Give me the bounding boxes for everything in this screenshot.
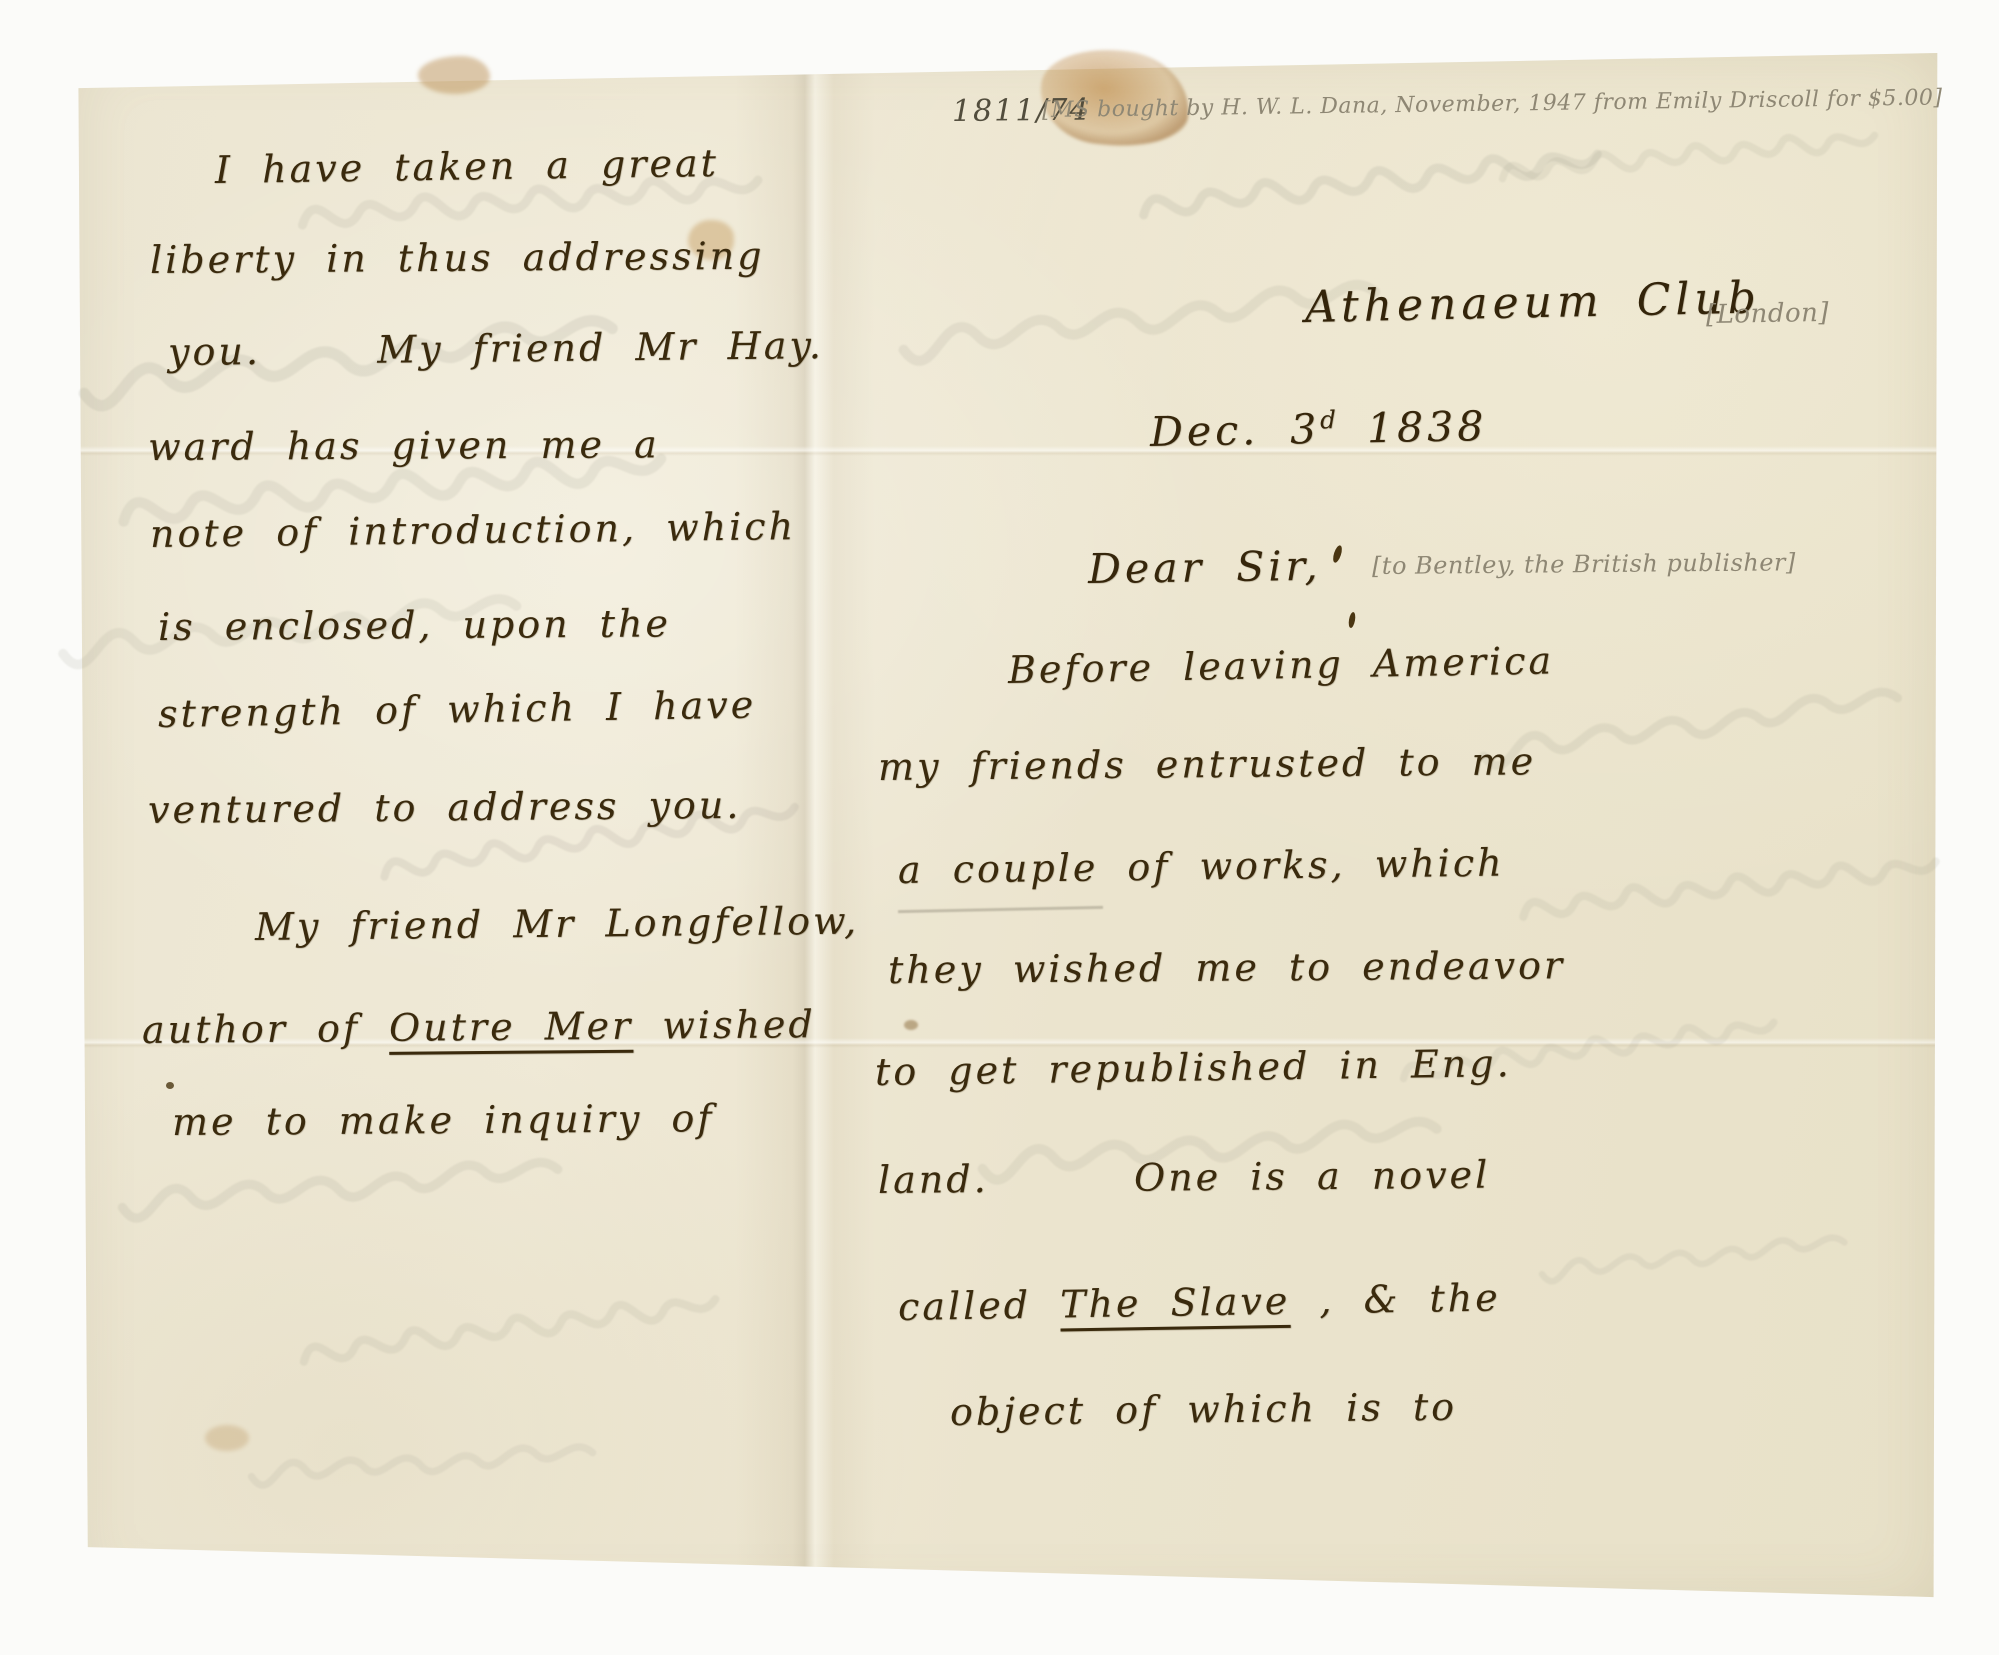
- line-text: I have taken a great: [215, 141, 719, 192]
- letter-line: liberty in thus addressing: [150, 234, 765, 282]
- line-text: Athenaeum Club: [1304, 272, 1761, 333]
- line-text: you. My friend Mr Hay.: [168, 323, 824, 374]
- line-text: note of introduction, which: [150, 504, 797, 556]
- line-text: My friend Mr Longfellow,: [255, 899, 860, 949]
- line-text: ventured to address you.: [148, 783, 742, 832]
- ink-speck: [166, 1082, 174, 1089]
- letter-line: is enclosed, upon the: [158, 601, 671, 649]
- line-text: called: [898, 1282, 1061, 1329]
- letter-line: strength of which I have: [158, 683, 757, 736]
- line-text: , & the: [1290, 1276, 1501, 1323]
- salutation: Dear Sir,: [1088, 542, 1322, 593]
- letter-line: ward has given me a: [148, 422, 660, 469]
- letterhead-place-annotation: [London]: [1706, 298, 1830, 330]
- letter-line: ventured to address you.: [148, 783, 742, 832]
- line-text: ward has given me a: [148, 422, 660, 469]
- line-text: is enclosed, upon the: [158, 601, 671, 649]
- letter-line: they wished me to endeavor: [888, 943, 1565, 992]
- letter-line: land. One is a novel: [878, 1153, 1491, 1202]
- letter-line: author of Outre Mer wished: [142, 1002, 816, 1052]
- line-text: me to make inquiry of: [172, 1096, 715, 1144]
- letterhead-place: Athenaeum Club: [1304, 272, 1761, 333]
- line-text: land. One is a novel: [878, 1153, 1491, 1202]
- line-text: my friends entrusted to me: [878, 739, 1536, 789]
- letter-line: I have taken a great: [215, 141, 719, 192]
- letter-date: Dec. 3d1838: [1150, 402, 1488, 456]
- letter-line: my friends entrusted to me: [878, 739, 1536, 789]
- scan-background: 1811/74 [MS bought by H. W. L. Dana, Nov…: [0, 0, 1999, 1655]
- letter-line: you. My friend Mr Hay.: [168, 323, 824, 374]
- underlined-title-the-slave: The Slave: [1060, 1279, 1291, 1327]
- date-ordinal-superscript: d: [1320, 405, 1337, 434]
- line-text: to get republished in Eng.: [875, 1041, 1512, 1094]
- line-text: strength of which I have: [158, 683, 757, 736]
- letter-line: to get republished in Eng.: [875, 1041, 1512, 1094]
- line-text: Dear Sir,: [1088, 542, 1322, 593]
- date-day: Dec. 3: [1150, 405, 1321, 456]
- underlined-title-outre-mer: Outre Mer: [389, 1004, 634, 1050]
- line-text: a couple of works, which: [898, 841, 1505, 892]
- line-text: they wished me to endeavor: [888, 943, 1565, 992]
- line-text: object of which is to: [950, 1385, 1457, 1434]
- letter-line: note of introduction, which: [150, 504, 797, 556]
- line-text: author of: [142, 1006, 389, 1052]
- salutation-annotation: [to Bentley, the British publisher]: [1372, 548, 1796, 580]
- line-text: wished: [633, 1002, 816, 1048]
- letter-line: object of which is to: [950, 1385, 1457, 1434]
- letter-line: me to make inquiry of: [172, 1096, 715, 1144]
- letter-line: a couple of works, which: [898, 841, 1505, 892]
- date-year: 1838: [1367, 402, 1488, 452]
- letter-line: My friend Mr Longfellow,: [255, 899, 860, 949]
- line-text: liberty in thus addressing: [150, 234, 765, 282]
